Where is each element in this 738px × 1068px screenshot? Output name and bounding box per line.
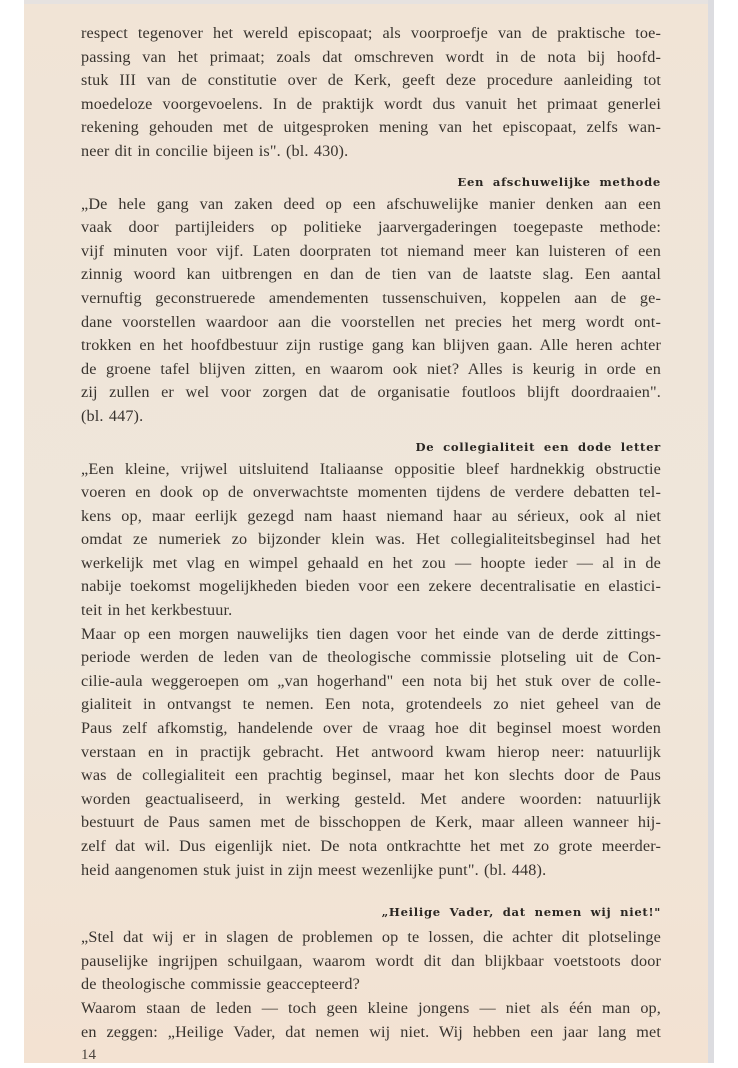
text-line: trokken en het hoofdbestuur zijn rustige…	[81, 334, 661, 358]
text-line: de groene tafel blijven zitten, en waaro…	[81, 358, 661, 382]
paragraph-stel-dat-wij: „Stel dat wij er in slagen de problemen …	[81, 926, 661, 997]
paragraph-intro-quote: respect tegenover het wereld episcopaat;…	[81, 22, 661, 164]
text-line: was de collegialiteit een prachtig begin…	[81, 764, 661, 788]
text-line: neer dit in concilie bijeen is". (bl. 43…	[81, 140, 661, 164]
text-line: vijf minuten voor vijf. Laten doorpraten…	[81, 240, 661, 264]
text-line: de theologische commissie geaccepteerd?	[81, 973, 661, 997]
text-line: periode werden de leden van de theologis…	[81, 646, 661, 670]
text-line: werkelijk met vlag en wimpel gehaald en …	[81, 552, 661, 576]
paragraph-italiaanse-oppositie: „Een kleine, vrijwel uitsluitend Italiaa…	[81, 458, 661, 623]
text-line: „Een kleine, vrijwel uitsluitend Italiaa…	[81, 458, 661, 482]
text-line: en zeggen: „Heilige Vader, dat nemen wij…	[81, 1021, 661, 1045]
text-line: worden geactualiseerd, in werking gestel…	[81, 788, 661, 812]
text-line: nabije toekomst mogelijkheden bieden voo…	[81, 575, 661, 599]
text-line: bestuurt de Paus samen met de bisschoppe…	[81, 811, 661, 835]
text-line: (bl. 447).	[81, 405, 661, 429]
section-heading-collegialiteit: De collegialiteit een dode letter	[81, 437, 661, 457]
text-line: vernuftig geconstruerede amendementen tu…	[81, 287, 661, 311]
text-line: cilie-aula weggeroepen om „van hogerhand…	[81, 670, 661, 694]
paragraph-nota-van-hogerhand: Maar op een morgen nauwelijks tien dagen…	[81, 623, 661, 883]
text-line: teit in het kerkbestuur.	[81, 599, 661, 623]
text-line: heid aangenomen stuk juist in zijn meest…	[81, 859, 661, 883]
text-line: zelf dat wil. Dus eigenlijk niet. De not…	[81, 835, 661, 859]
paragraph-waarom-staan-de-leden: Waarom staan de leden — toch geen kleine…	[81, 997, 661, 1044]
text-line: omdat ze numeriek zo bijzonder klein was…	[81, 528, 661, 552]
paragraph-afschuwelijke-methode: „De hele gang van zaken deed op een afsc…	[81, 193, 661, 429]
page-number: 14	[81, 1044, 661, 1066]
text-line: verstaan en in practijk gebracht. Het an…	[81, 741, 661, 765]
section-heading-heilige-vader: „Heilige Vader, dat nemen wij niet!"	[81, 902, 661, 922]
text-line: zinnig woord kan uitbrengen en dan de ti…	[81, 263, 661, 287]
book-page: respect tegenover het wereld episcopaat;…	[24, 0, 714, 1063]
text-line: zij zullen er wel voor zorgen dat de org…	[81, 381, 661, 405]
text-line: voeren en dook op de onverwachtste momen…	[81, 481, 661, 505]
section-heading-afschuwelijke-methode: Een afschuwelijke methode	[81, 172, 661, 192]
text-line: passing van het primaat; zoals dat omsch…	[81, 46, 661, 70]
text-line: respect tegenover het wereld episcopaat;…	[81, 22, 661, 46]
text-line: stuk III van de constitutie over de Kerk…	[81, 69, 661, 93]
text-line: gialiteit in ontvangst te nemen. Een not…	[81, 693, 661, 717]
text-line: Waarom staan de leden — toch geen kleine…	[81, 997, 661, 1021]
text-line: kens op, maar eerlijk gezegd nam haast n…	[81, 505, 661, 529]
text-line: „Stel dat wij er in slagen de problemen …	[81, 926, 661, 950]
text-line: „De hele gang van zaken deed op een afsc…	[81, 193, 661, 217]
text-line: dane voorstellen waardoor aan die voorst…	[81, 311, 661, 335]
page-text: respect tegenover het wereld episcopaat;…	[81, 22, 661, 1066]
text-line: pauselijke ingrijpen schuilgaan, waarom …	[81, 950, 661, 974]
text-line: rekening gehouden met de uitgesproken me…	[81, 116, 661, 140]
text-line: Maar op een morgen nauwelijks tien dagen…	[81, 623, 661, 647]
text-line: vaak door partijleiders op politieke jaa…	[81, 216, 661, 240]
text-line: moedeloze voorgevoelens. In de praktijk …	[81, 93, 661, 117]
text-line: Paus zelf afkomstig, handelende over de …	[81, 717, 661, 741]
